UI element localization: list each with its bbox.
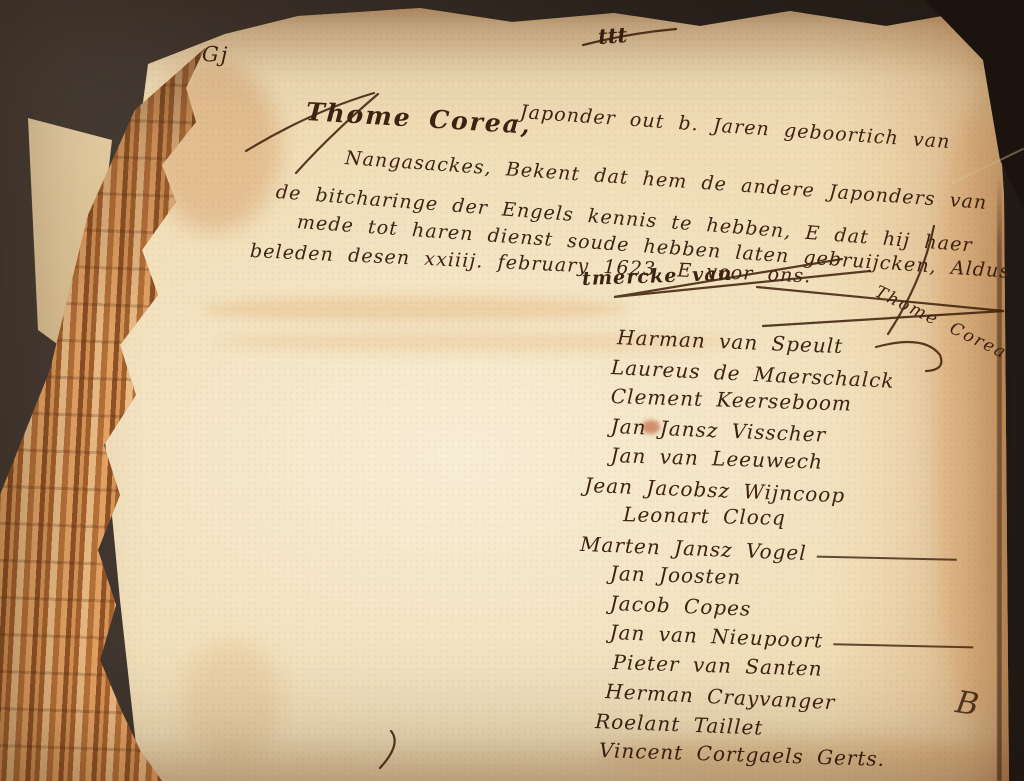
page-stain: [200, 296, 630, 322]
page-stain: [185, 640, 280, 760]
folio-mark: Gj: [202, 42, 230, 67]
signatory-list: Harman van Speult Laureus de Maerschalck…: [609, 325, 975, 769]
manuscript-photo: ttt Gj Thome Corea, Japonder out b. Jare…: [0, 0, 1024, 781]
gathering-mark: ttt: [597, 22, 628, 49]
